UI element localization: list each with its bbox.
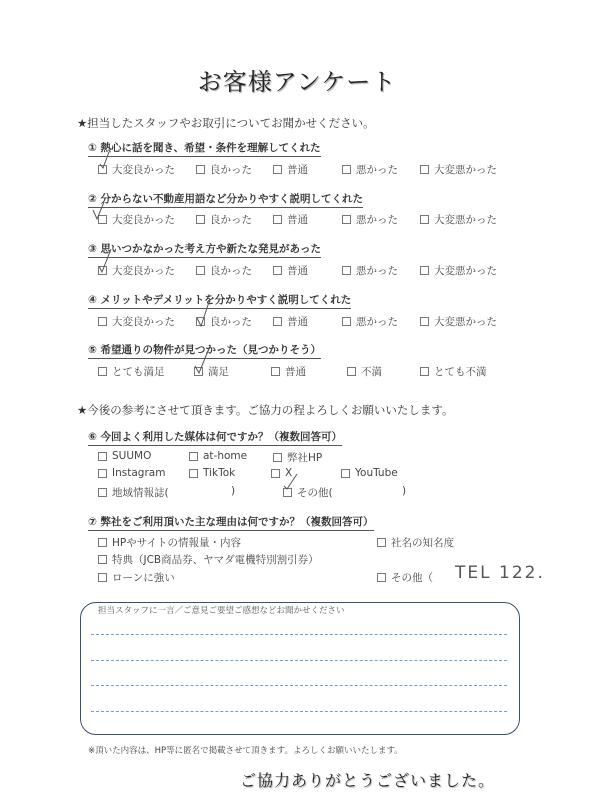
- comment-label: 担当スタッフに一言／ご意見ご要望ご感想などお聞かせください: [98, 604, 345, 616]
- comment-line-1: [91, 634, 507, 635]
- footer-note: ※頂いた内容は、HP等に匿名で掲載させて頂きます。よろしくお願いいたします。: [88, 744, 403, 756]
- q5-option-2[interactable]: 満足: [194, 364, 229, 379]
- q7-option-website-info[interactable]: HPやサイトの情報量・内容: [98, 535, 241, 550]
- checkbox[interactable]: [377, 573, 386, 582]
- question-5-label: ⑤ 希望通りの物件が見つかった（見つかりそう）: [88, 342, 321, 359]
- question-7-label: ⑦ 弊社をご利用頂いた主な理由は何ですか？（複数回答可）: [88, 514, 374, 531]
- question-1-label: ① 熱心に話を聞き、希望・条件を理解してくれた: [88, 140, 321, 157]
- checkbox[interactable]: [196, 266, 205, 275]
- q6-option-instagram[interactable]: Instagram: [98, 467, 165, 479]
- q1-option-2[interactable]: 良かった: [196, 162, 252, 177]
- q6-option-athome[interactable]: at-home: [189, 450, 247, 462]
- checkbox[interactable]: [347, 367, 356, 376]
- checkbox[interactable]: [98, 367, 107, 376]
- q1-option-4[interactable]: 悪かった: [342, 162, 398, 177]
- question-3-label: ③ 思いつかなかった考え方や新たな発見があった: [88, 241, 321, 258]
- q1-option-1[interactable]: 大変良かった: [98, 162, 175, 177]
- q4-option-5[interactable]: 大変悪かった: [420, 314, 497, 329]
- q6-local-magazine-close: ): [231, 485, 235, 497]
- checkbox[interactable]: [420, 367, 429, 376]
- q2-option-1[interactable]: 大変良かった: [98, 212, 175, 227]
- q5-option-5[interactable]: とても不満: [420, 364, 487, 379]
- checkbox[interactable]: [196, 215, 205, 224]
- q2-option-5[interactable]: 大変悪かった: [420, 212, 497, 227]
- checkbox[interactable]: [420, 266, 429, 275]
- checkbox[interactable]: [271, 367, 280, 376]
- checkbox[interactable]: [342, 215, 351, 224]
- checkbox[interactable]: [377, 538, 386, 547]
- q6-option-suumo[interactable]: SUUMO: [98, 450, 151, 462]
- checkbox[interactable]: [98, 452, 107, 461]
- checkbox[interactable]: [420, 165, 429, 174]
- question-4-label: ④ メリットやデメリットを分かりやすく説明してくれた: [88, 292, 351, 309]
- comment-box[interactable]: [80, 602, 520, 735]
- q6-other-close: ): [402, 485, 406, 497]
- q1-option-5[interactable]: 大変悪かった: [420, 162, 497, 177]
- checkbox-checked[interactable]: [98, 165, 107, 174]
- q3-option-5[interactable]: 大変悪かった: [420, 263, 497, 278]
- q7-other-handwritten-text[interactable]: TEL 122.: [455, 563, 545, 583]
- checkbox[interactable]: [341, 469, 350, 478]
- q4-option-3[interactable]: 普通: [273, 314, 308, 329]
- q3-option-1[interactable]: 大変良かった: [98, 263, 175, 278]
- question-6-label: ⑥ 今回よく利用した媒体は何ですか？（複数回答可）: [88, 429, 342, 446]
- page-title: お客様アンケート: [0, 62, 594, 97]
- section2-intro: ★今後の参考にさせて頂きます。ご協力の程よろしくお願いいたします。: [77, 402, 453, 418]
- checkbox-checked[interactable]: [196, 317, 205, 326]
- q3-option-3[interactable]: 普通: [273, 263, 308, 278]
- checkbox[interactable]: [98, 573, 107, 582]
- checkbox-checked[interactable]: [98, 215, 107, 224]
- checkbox[interactable]: [273, 266, 282, 275]
- comment-line-2: [91, 660, 507, 661]
- q6-option-x[interactable]: X: [271, 467, 292, 479]
- q2-option-4[interactable]: 悪かった: [342, 212, 398, 227]
- q4-option-2[interactable]: 良かった: [196, 314, 252, 329]
- q4-option-1[interactable]: 大変良かった: [98, 314, 175, 329]
- checkbox[interactable]: [271, 469, 280, 478]
- checkbox[interactable]: [196, 165, 205, 174]
- q6-option-local-magazine[interactable]: 地域情報誌(: [98, 485, 169, 500]
- checkbox[interactable]: [189, 452, 198, 461]
- checkbox[interactable]: [273, 165, 282, 174]
- checkbox-checked[interactable]: [98, 266, 107, 275]
- checkbox[interactable]: [273, 215, 282, 224]
- checkbox[interactable]: [273, 317, 282, 326]
- checkbox[interactable]: [98, 469, 107, 478]
- q7-option-name-recognition[interactable]: 社名の知名度: [377, 535, 454, 550]
- comment-line-4: [91, 711, 507, 712]
- checkbox-checked[interactable]: [194, 367, 203, 376]
- thanks-message: ご協力ありがとうございました。: [240, 768, 495, 791]
- q7-option-benefits[interactable]: 特典（JCB商品券、ヤマダ電機特別割引券）: [98, 552, 319, 567]
- checkbox[interactable]: [189, 469, 198, 478]
- q6-option-youtube[interactable]: YouTube: [341, 467, 398, 479]
- checkbox[interactable]: [420, 317, 429, 326]
- section1-intro: ★担当したスタッフやお取引についてお聞かせください。: [77, 115, 375, 131]
- q5-option-3[interactable]: 普通: [271, 364, 306, 379]
- q6-option-tiktok[interactable]: TikTok: [189, 467, 235, 479]
- checkbox[interactable]: [420, 215, 429, 224]
- checkbox[interactable]: [98, 555, 107, 564]
- checkbox[interactable]: [98, 488, 107, 497]
- checkbox-checked[interactable]: [283, 488, 292, 497]
- q3-option-4[interactable]: 悪かった: [342, 263, 398, 278]
- question-2-label: ② 分からない不動産用語など分かりやすく説明してくれた: [88, 191, 363, 208]
- q6-option-company-hp[interactable]: 弊社HP: [273, 450, 322, 465]
- q5-option-1[interactable]: とても満足: [98, 364, 165, 379]
- checkbox[interactable]: [342, 165, 351, 174]
- q1-option-3[interactable]: 普通: [273, 162, 308, 177]
- q3-option-2[interactable]: 良かった: [196, 263, 252, 278]
- checkbox[interactable]: [342, 266, 351, 275]
- q2-option-3[interactable]: 普通: [273, 212, 308, 227]
- q7-option-strong-loans[interactable]: ローンに強い: [98, 570, 175, 585]
- q4-option-4[interactable]: 悪かった: [342, 314, 398, 329]
- checkbox[interactable]: [98, 538, 107, 547]
- q5-option-4[interactable]: 不満: [347, 364, 382, 379]
- checkbox[interactable]: [98, 317, 107, 326]
- comment-line-3: [91, 685, 507, 686]
- checkbox[interactable]: [273, 453, 282, 462]
- q2-option-2[interactable]: 良かった: [196, 212, 252, 227]
- q7-option-other[interactable]: その他（: [377, 570, 433, 585]
- q6-option-other[interactable]: その他(: [283, 485, 333, 500]
- checkbox[interactable]: [342, 317, 351, 326]
